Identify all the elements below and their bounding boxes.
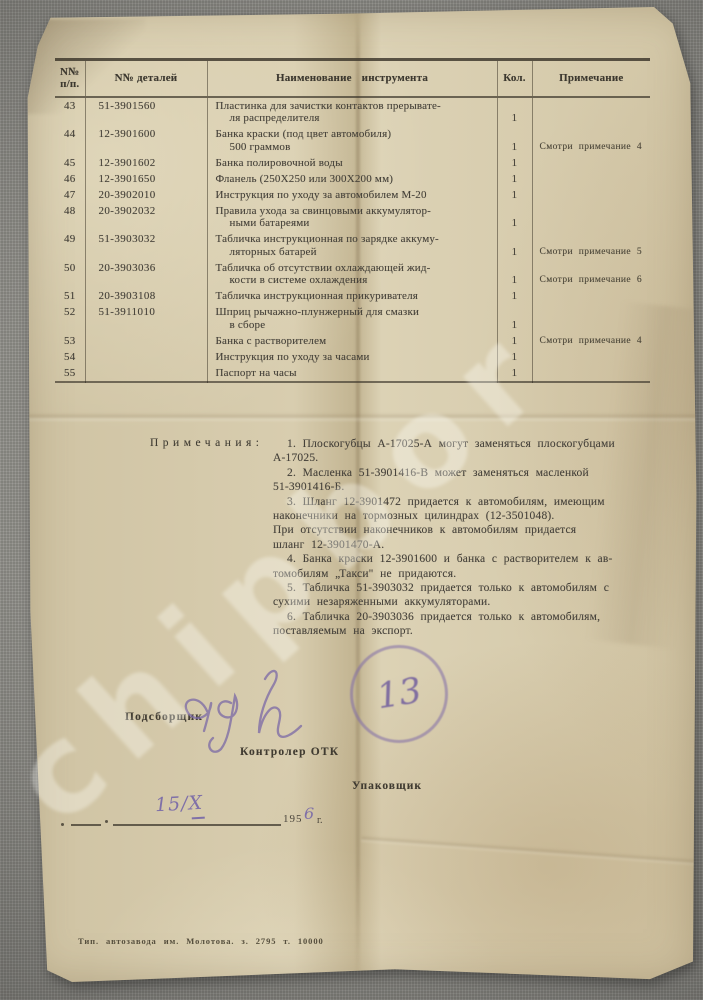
cell-quantity: 1	[497, 203, 532, 232]
round-stamp: 13	[350, 645, 448, 743]
header-remark: Примечание	[532, 60, 650, 98]
cell-remark	[532, 171, 650, 187]
cell-tool-name: Инструкция по уходу за часами	[207, 349, 497, 365]
cell-tool-name: Табличка инструкционная по зарядке аккум…	[207, 232, 497, 261]
table-body: 4351-3901560Пластинка для зачистки конта…	[55, 97, 650, 382]
horizontal-crease-bottom	[361, 835, 697, 865]
paper-sheet: N№ п/п. N№ деталей Наименование инструме…	[25, 5, 697, 983]
cell-part-number: 51-3903032	[85, 232, 207, 261]
cell-row-number: 53	[55, 333, 85, 349]
cell-quantity: 1	[497, 232, 532, 261]
cell-row-number: 45	[55, 155, 85, 171]
header-quantity: Кол.	[497, 60, 532, 98]
table-row: 4612-3901650Фланель (250X250 или 300X200…	[55, 171, 650, 187]
year-suffix: г.	[317, 815, 322, 826]
table-row: 55Паспорт на часы1	[55, 365, 650, 382]
cell-row-number: 47	[55, 187, 85, 203]
cell-row-number: 55	[55, 365, 85, 382]
print-shop-imprint: Тип. автозавода им. Молотова. з. 2795 т.…	[78, 936, 324, 946]
table-row: 5020-3903036Табличка об отсутствии охлаж…	[55, 260, 650, 289]
cell-row-number: 46	[55, 171, 85, 187]
notes-label: Примечания:	[150, 437, 264, 449]
table-row: 4951-3903032Табличка инструкционная по з…	[55, 232, 650, 261]
cell-tool-name: Инструкция по уходу за автомобилем М-20	[207, 187, 497, 203]
cell-quantity: 1	[497, 155, 532, 171]
table-row: 53Банка с растворителем1Смотри примечани…	[55, 333, 650, 349]
note-line: поставляемым на экспорт.	[273, 624, 658, 638]
packer-label: Упаковщик	[352, 780, 422, 792]
photo-background: N№ п/п. N№ деталей Наименование инструме…	[0, 0, 703, 1000]
cell-part-number: 12-3901600	[85, 127, 207, 156]
note-line: 4. Банка краски 12-3901600 и банка с рас…	[273, 552, 658, 566]
cell-quantity: 1	[497, 365, 532, 382]
blank-rule-short	[71, 824, 101, 826]
cell-quantity: 1	[497, 333, 532, 349]
cell-tool-name: Паспорт на часы	[207, 365, 497, 382]
header-row-number: N№ п/п.	[55, 60, 85, 98]
cell-remark	[532, 187, 650, 203]
cell-row-number: 43	[55, 97, 85, 127]
cell-tool-name: Банка с растворителем	[207, 333, 497, 349]
horizontal-fold-crease	[25, 413, 697, 422]
cell-remark	[532, 289, 650, 305]
otk-controller-label: Контролер ОТК	[240, 746, 339, 758]
note-line: 51-3901416-Б.	[273, 480, 658, 494]
cell-part-number: 20-3903108	[85, 289, 207, 305]
cell-tool-name: Табличка об отсутствии охлаждающей жид-к…	[207, 260, 497, 289]
blank-rule-long	[113, 824, 281, 826]
note-line: томобилям „Такси" не придаются.	[273, 567, 658, 581]
header-part-number: N№ деталей	[85, 60, 207, 98]
cell-quantity: 1	[497, 187, 532, 203]
table-row: 5251-3911010Шприц рычажно-плунжерный для…	[55, 305, 650, 334]
cell-remark: Смотри примечание 4	[532, 333, 650, 349]
header-tool-name: Наименование инструмента	[207, 60, 497, 98]
cell-part-number: 20-3902032	[85, 203, 207, 232]
note-line: 6. Табличка 20-3903036 придается только …	[273, 610, 658, 624]
cell-remark: Смотри примечание 5	[532, 232, 650, 261]
vertical-fold-crease	[356, 5, 360, 983]
cell-quantity: 1	[497, 349, 532, 365]
note-line: сухими незаряженными аккумуляторами.	[273, 595, 658, 609]
table-header-row: N№ п/п. N№ деталей Наименование инструме…	[55, 60, 650, 98]
cell-quantity: 1	[497, 171, 532, 187]
table-row: 54Инструкция по уходу за часами1	[55, 349, 650, 365]
cell-row-number: 48	[55, 203, 85, 232]
cell-remark	[532, 97, 650, 127]
cell-quantity: 1	[497, 260, 532, 289]
note-line: 2. Масленка 51-3901416-В может заменятьс…	[273, 466, 658, 480]
cell-tool-name: Банка краски (под цвет автомобиля)500 гр…	[207, 127, 497, 156]
cell-row-number: 54	[55, 349, 85, 365]
notes-block: 1. Плоскогубцы А-17025-А могут заменятьс…	[273, 437, 658, 639]
table-row: 4820-3902032Правила ухода за свинцовыми …	[55, 203, 650, 232]
table-row: 4512-3901602Банка полировочной воды1	[55, 155, 650, 171]
cell-remark	[532, 203, 650, 232]
diagonal-crease-right	[585, 301, 703, 649]
cell-tool-name: Табличка инструкционная прикуривателя	[207, 289, 497, 305]
cell-row-number: 52	[55, 305, 85, 334]
note-line: 1. Плоскогубцы А-17025-А могут заменятьс…	[273, 437, 658, 451]
parts-table: N№ п/п. N№ деталей Наименование инструме…	[55, 58, 650, 383]
note-line: наконечники на тормозных цилиндрах (12-3…	[273, 509, 658, 523]
cell-quantity: 1	[497, 127, 532, 156]
cell-tool-name: Пластинка для зачистки контактов прерыва…	[207, 97, 497, 127]
cell-remark	[532, 365, 650, 382]
cell-remark: Смотри примечание 4	[532, 127, 650, 156]
table-row: 5120-3903108Табличка инструкционная прик…	[55, 289, 650, 305]
cell-remark: Смотри примечание 6	[532, 260, 650, 289]
cell-row-number: 49	[55, 232, 85, 261]
note-line: 5. Табличка 51-3903032 придается только …	[273, 581, 658, 595]
cell-remark	[532, 305, 650, 334]
tools-list-table: N№ п/п. N№ деталей Наименование инструме…	[55, 58, 650, 383]
stamp-number: 13	[374, 671, 424, 717]
cell-quantity: 1	[497, 97, 532, 127]
cell-part-number: 20-3902010	[85, 187, 207, 203]
cell-part-number: 51-3911010	[85, 305, 207, 334]
cell-remark	[532, 155, 650, 171]
cell-part-number: 20-3903036	[85, 260, 207, 289]
handwritten-year-digit: 6	[304, 804, 314, 823]
assembler-label: Подсборщик	[125, 711, 203, 723]
table-row: 4720-3902010Инструкция по уходу за автом…	[55, 187, 650, 203]
cell-tool-name: Фланель (250X250 или 300X200 мм)	[207, 171, 497, 187]
cell-row-number: 44	[55, 127, 85, 156]
cell-part-number	[85, 333, 207, 349]
printed-year: 195	[283, 813, 303, 825]
cell-tool-name: Правила ухода за свинцовыми аккумулятор-…	[207, 203, 497, 232]
cell-tool-name: Банка полировочной воды	[207, 155, 497, 171]
cell-part-number: 51-3901560	[85, 97, 207, 127]
handwritten-date: 15/X	[154, 792, 203, 816]
note-line: 3. Шланг 12-3901472 придается к автомоби…	[273, 495, 658, 509]
table-row: 4412-3901600Банка краски (под цвет автом…	[55, 127, 650, 156]
cell-part-number: 12-3901650	[85, 171, 207, 187]
note-line: А-17025.	[273, 451, 658, 465]
cell-quantity: 1	[497, 305, 532, 334]
document-paper: N№ п/п. N№ деталей Наименование инструме…	[25, 5, 697, 983]
cell-row-number: 50	[55, 260, 85, 289]
cell-part-number	[85, 365, 207, 382]
torn-corner-shadow	[25, 19, 145, 114]
dot-mark	[61, 823, 64, 826]
table-row: 4351-3901560Пластинка для зачистки конта…	[55, 97, 650, 127]
dot-mark	[105, 820, 108, 823]
cell-tool-name: Шприц рычажно-плунжерный для смазкив сбо…	[207, 305, 497, 334]
cell-row-number: 51	[55, 289, 85, 305]
handwritten-signature	[173, 653, 328, 763]
note-line: При отсутствии наконечников к автомобиля…	[273, 523, 658, 537]
cell-quantity: 1	[497, 289, 532, 305]
cell-remark	[532, 349, 650, 365]
cell-part-number: 12-3901602	[85, 155, 207, 171]
note-line: шланг 12-3901470-А.	[273, 538, 658, 552]
cell-part-number	[85, 349, 207, 365]
